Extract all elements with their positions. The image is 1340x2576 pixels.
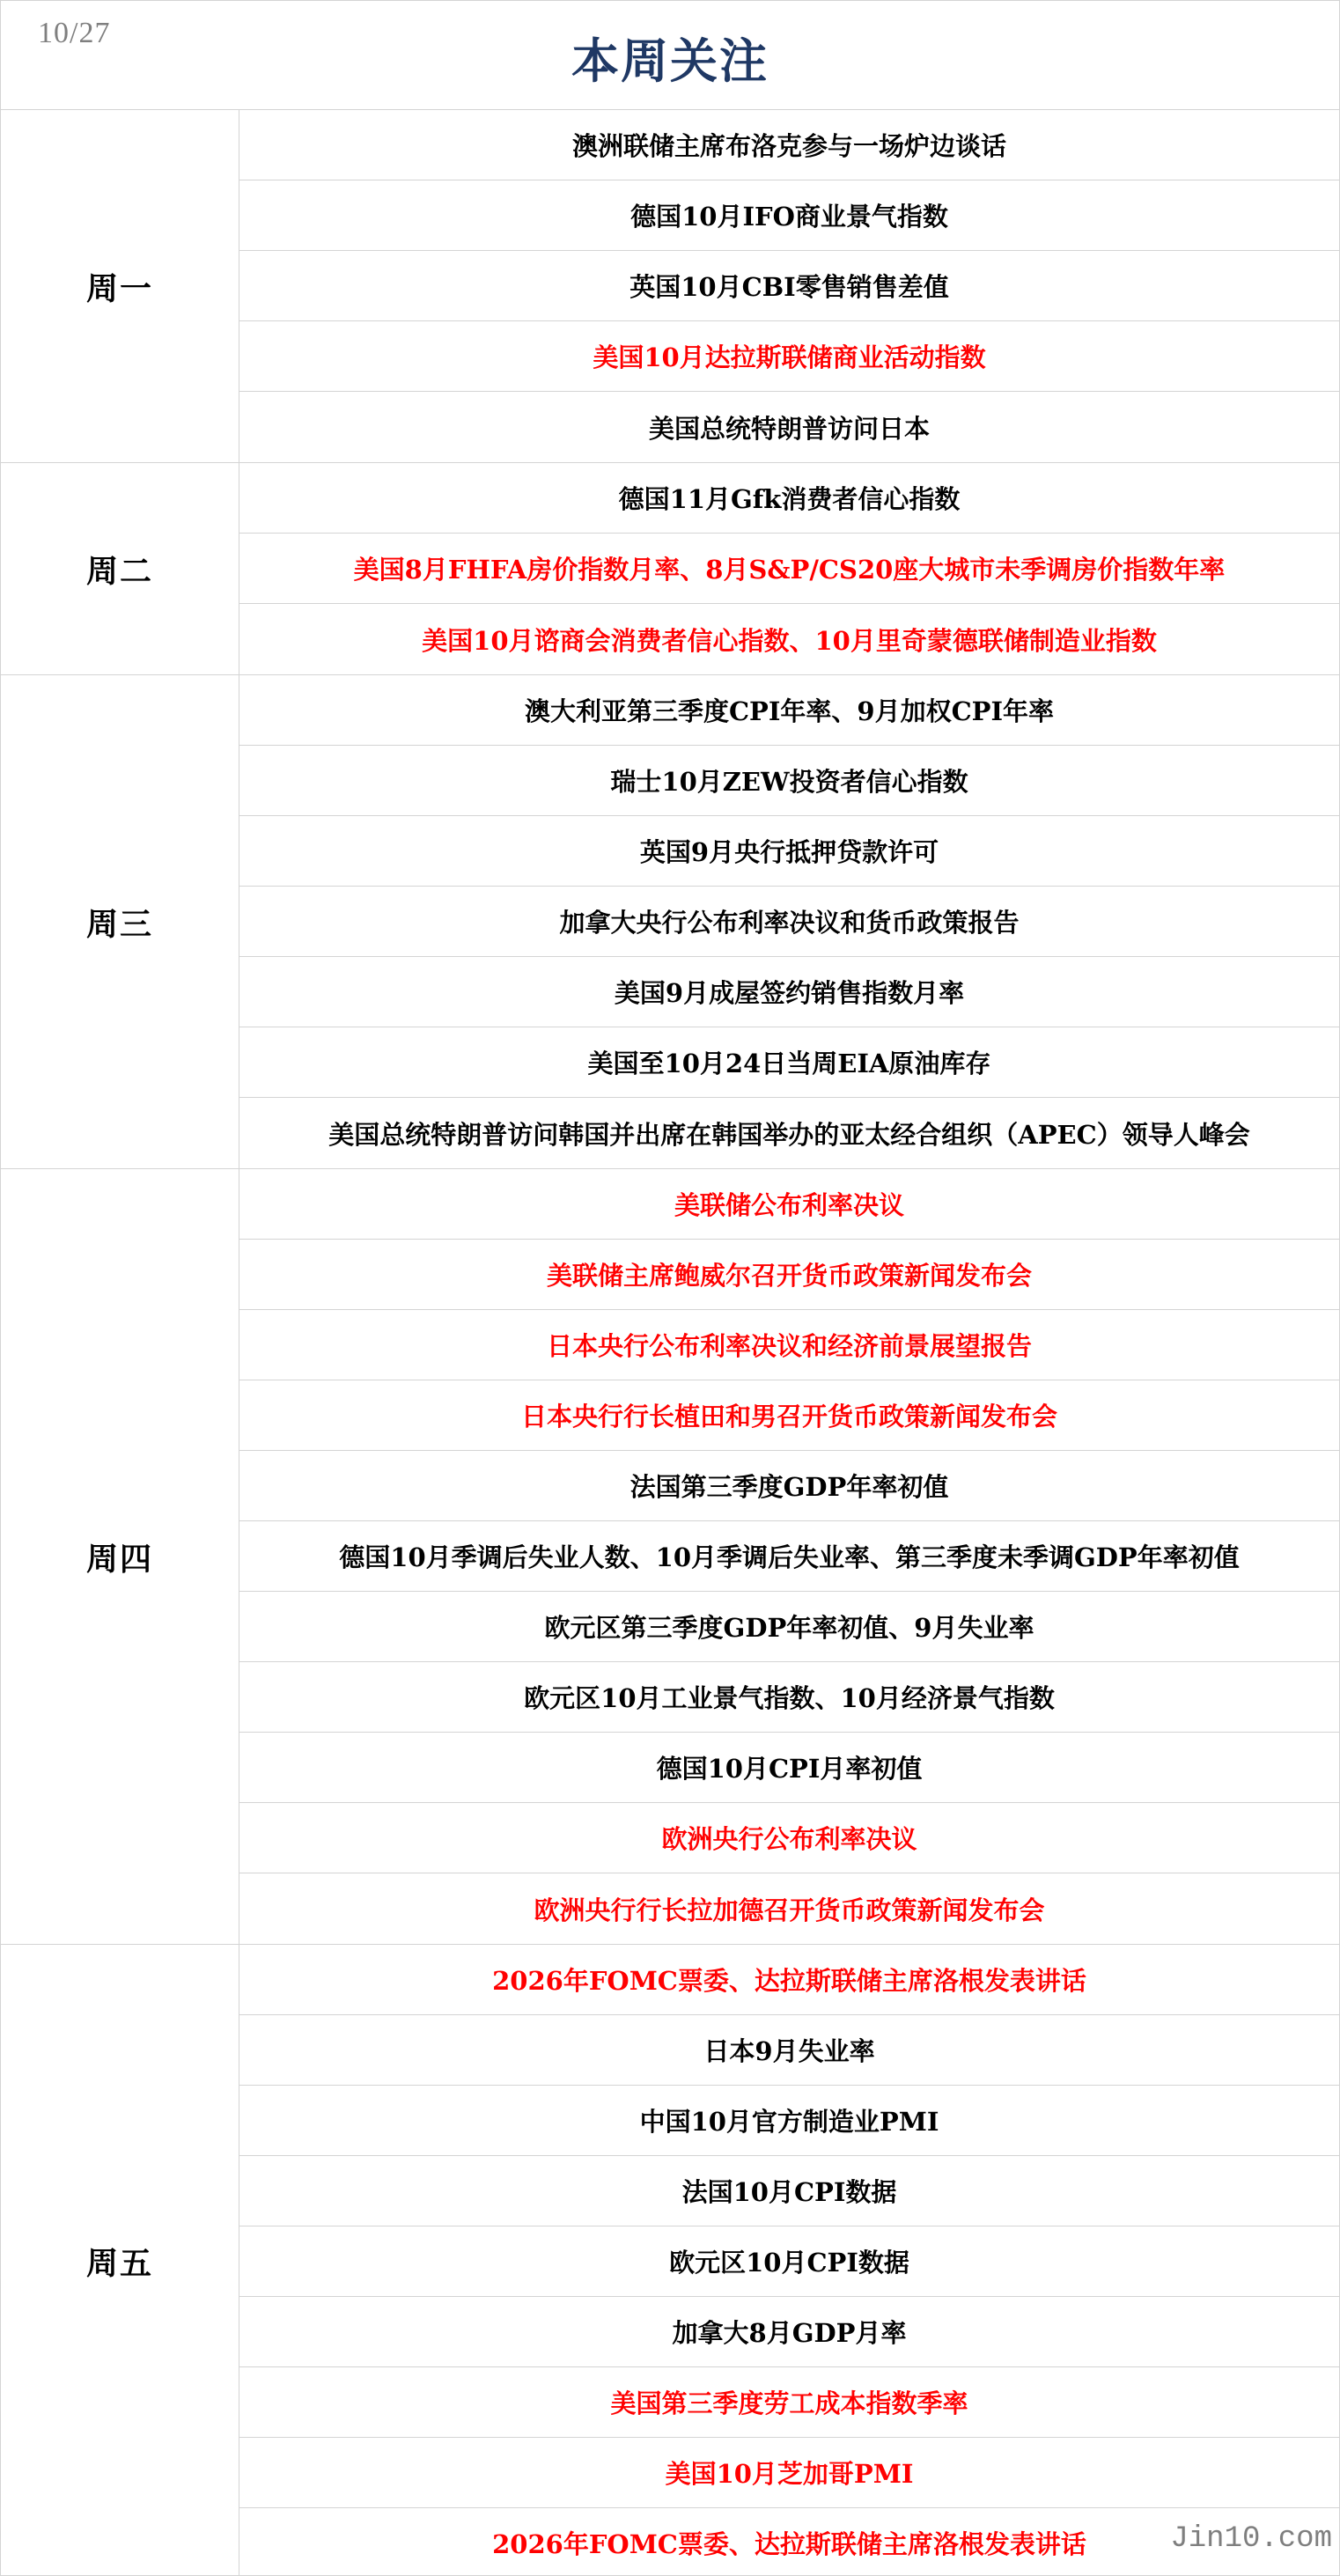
event-row-highlighted: 日本央行公布利率决议和经济前景展望报告	[239, 1310, 1339, 1380]
day-label: 周二	[1, 463, 239, 674]
event-list: 2026年FOMC票委、达拉斯联储主席洛根发表讲话日本9月失业率中国10月官方制…	[239, 1945, 1339, 2576]
event-row: 美国总统特朗普访问韩国并出席在韩国举办的亚太经合组织（APEC）领导人峰会	[239, 1098, 1339, 1168]
event-row: 美国至10月24日当周EIA原油库存	[239, 1027, 1339, 1098]
day-label: 周五	[1, 1945, 239, 2576]
event-row: 澳洲联储主席布洛克参与一场炉边谈话	[239, 110, 1339, 180]
event-row: 加拿大8月GDP月率	[239, 2297, 1339, 2367]
day-group: 周五2026年FOMC票委、达拉斯联储主席洛根发表讲话日本9月失业率中国10月官…	[1, 1945, 1339, 2576]
event-row-highlighted: 欧洲央行公布利率决议	[239, 1803, 1339, 1873]
event-row: 法国10月CPI数据	[239, 2156, 1339, 2226]
event-list: 澳大利亚第三季度CPI年率、9月加权CPI年率瑞士10月ZEW投资者信心指数英国…	[239, 675, 1339, 1168]
event-row: 欧元区10月工业景气指数、10月经济景气指数	[239, 1662, 1339, 1733]
event-row-highlighted: 美国10月达拉斯联储商业活动指数	[239, 321, 1339, 392]
day-label: 周四	[1, 1169, 239, 1944]
event-row-highlighted: 美国8月FHFA房价指数月率、8月S&P/CS20座大城市未季调房价指数年率	[239, 534, 1339, 604]
event-row-highlighted: 美联储公布利率决议	[239, 1169, 1339, 1240]
event-list: 美联储公布利率决议美联储主席鲍威尔召开货币政策新闻发布会日本央行公布利率决议和经…	[239, 1169, 1339, 1944]
event-row: 英国9月央行抵押贷款许可	[239, 816, 1339, 887]
event-row-highlighted: 美国10月谘商会消费者信心指数、10月里奇蒙德联储制造业指数	[239, 604, 1339, 674]
event-row: 日本9月失业率	[239, 2015, 1339, 2086]
event-row: 美国9月成屋签约销售指数月率	[239, 957, 1339, 1027]
event-row: 美国总统特朗普访问日本	[239, 392, 1339, 462]
day-group: 周二德国11月Gfk消费者信心指数美国8月FHFA房价指数月率、8月S&P/CS…	[1, 463, 1339, 675]
day-group: 周三澳大利亚第三季度CPI年率、9月加权CPI年率瑞士10月ZEW投资者信心指数…	[1, 675, 1339, 1169]
event-list: 德国11月Gfk消费者信心指数美国8月FHFA房价指数月率、8月S&P/CS20…	[239, 463, 1339, 674]
event-row: 欧元区10月CPI数据	[239, 2226, 1339, 2297]
event-row: 欧元区第三季度GDP年率初值、9月失业率	[239, 1592, 1339, 1662]
header: 10/27 本周关注	[1, 1, 1339, 110]
day-group: 周四美联储公布利率决议美联储主席鲍威尔召开货币政策新闻发布会日本央行公布利率决议…	[1, 1169, 1339, 1945]
event-row-highlighted: 欧洲央行行长拉加德召开货币政策新闻发布会	[239, 1873, 1339, 1944]
event-list: 澳洲联储主席布洛克参与一场炉边谈话德国10月IFO商业景气指数英国10月CBI零…	[239, 110, 1339, 462]
event-row: 中国10月官方制造业PMI	[239, 2086, 1339, 2156]
day-label: 周三	[1, 675, 239, 1168]
event-row: 德国10月IFO商业景气指数	[239, 180, 1339, 251]
event-row: 法国第三季度GDP年率初值	[239, 1451, 1339, 1521]
event-row-highlighted: 美国第三季度劳工成本指数季率	[239, 2367, 1339, 2438]
page-title: 本周关注	[1, 24, 1339, 92]
event-row: 加拿大央行公布利率决议和货币政策报告	[239, 887, 1339, 957]
event-row: 德国11月Gfk消费者信心指数	[239, 463, 1339, 534]
event-row-highlighted: 美联储主席鲍威尔召开货币政策新闻发布会	[239, 1240, 1339, 1310]
event-row: 德国10月CPI月率初值	[239, 1733, 1339, 1803]
event-row: 瑞士10月ZEW投资者信心指数	[239, 746, 1339, 816]
watermark-logo: Jin10.com	[1170, 2522, 1332, 2556]
event-row: 澳大利亚第三季度CPI年率、9月加权CPI年率	[239, 675, 1339, 746]
weekly-calendar-frame: 10/27 本周关注 周一澳洲联储主席布洛克参与一场炉边谈话德国10月IFO商业…	[0, 0, 1340, 2576]
event-row: 英国10月CBI零售销售差值	[239, 251, 1339, 321]
day-label: 周一	[1, 110, 239, 462]
day-group: 周一澳洲联储主席布洛克参与一场炉边谈话德国10月IFO商业景气指数英国10月CB…	[1, 110, 1339, 463]
event-row: 德国10月季调后失业人数、10月季调后失业率、第三季度未季调GDP年率初值	[239, 1521, 1339, 1592]
event-row-highlighted: 2026年FOMC票委、达拉斯联储主席洛根发表讲话	[239, 1945, 1339, 2015]
event-row-highlighted: 日本央行行长植田和男召开货币政策新闻发布会	[239, 1380, 1339, 1451]
calendar-table: 周一澳洲联储主席布洛克参与一场炉边谈话德国10月IFO商业景气指数英国10月CB…	[1, 110, 1339, 2576]
event-row-highlighted: 美国10月芝加哥PMI	[239, 2438, 1339, 2508]
